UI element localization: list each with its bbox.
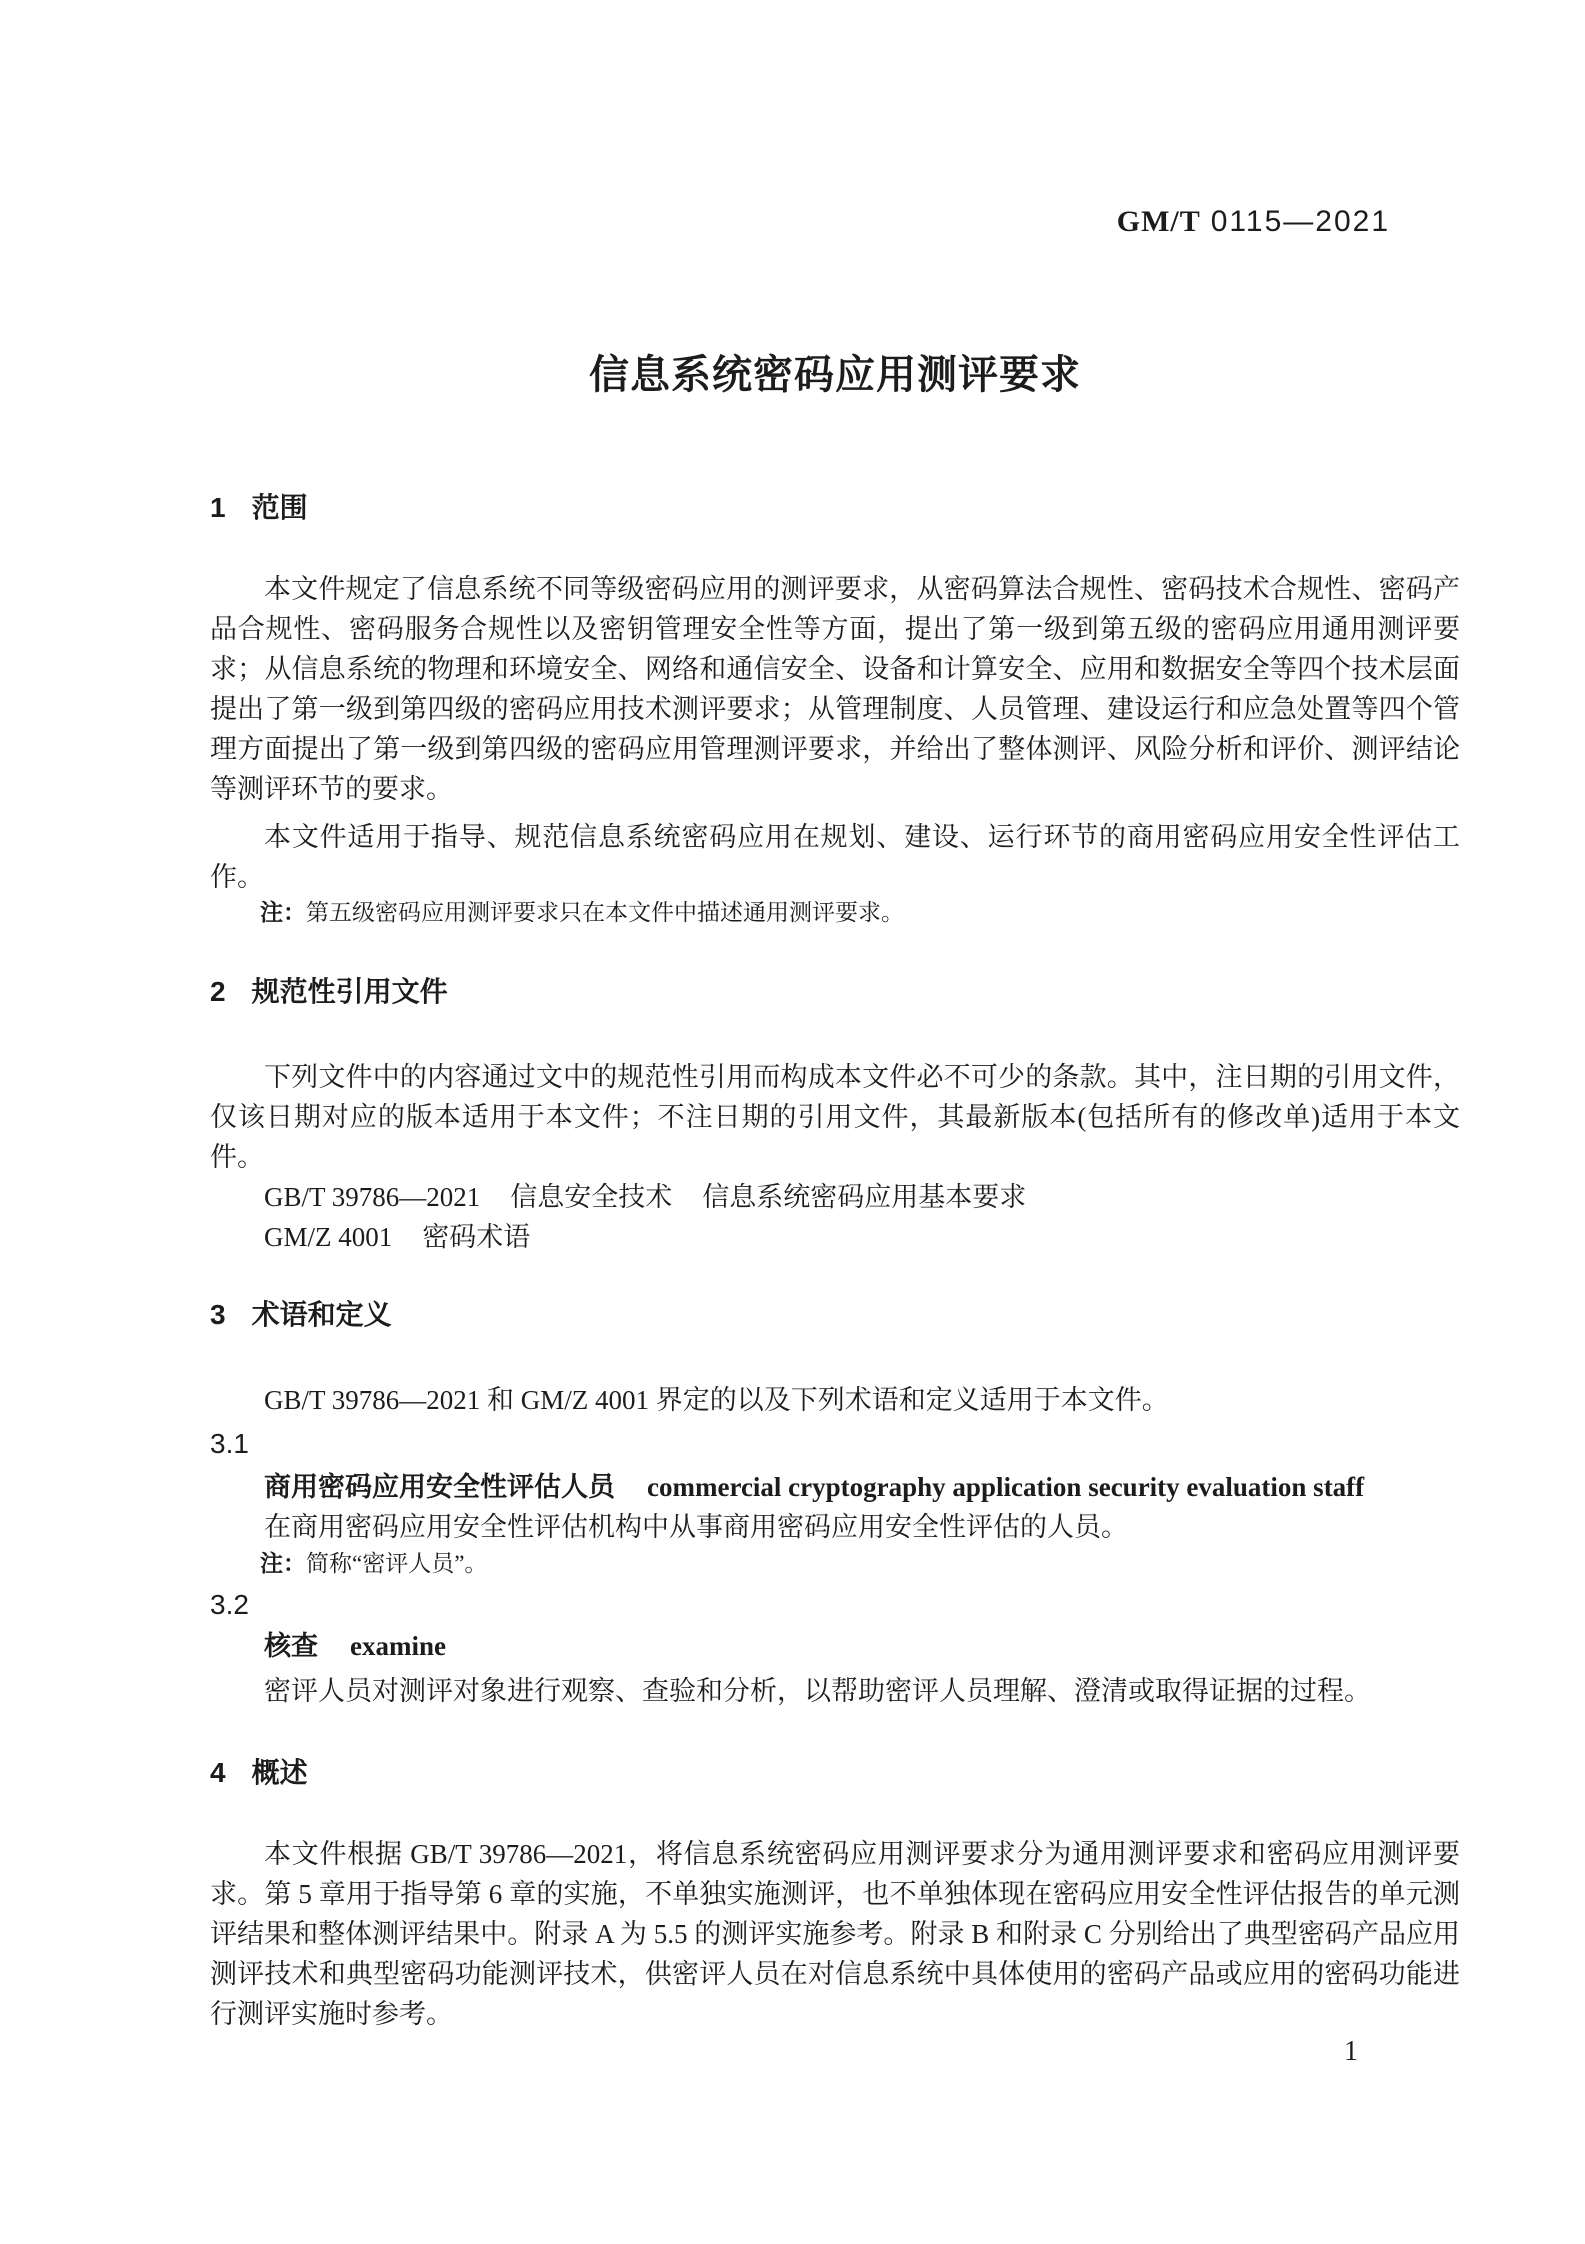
section-2-heading: 2规范性引用文件 [210,974,1460,1010]
document-page: GM/T0115—2021 信息系统密码应用测评要求 1范围 本文件规定了信息系… [0,0,1585,2244]
standard-code-number: 0115—2021 [1211,205,1390,238]
section-2-paragraph: 下列文件中的内容通过文中的规范性引用而构成本文件必不可少的条款。其中，注日期的引… [210,1057,1460,1177]
section-1-number: 1 [210,492,226,523]
standard-code: GM/T0115—2021 [1117,205,1390,239]
reference-entry: GM/Z 4001密码术语 [210,1217,1460,1257]
term-en: examine [350,1631,446,1661]
clause-3-2: 3.2 [210,1587,1460,1623]
reference-code: GB/T 39786—2021 [264,1182,480,1212]
term-note: 注：简称“密评人员”。 [260,1548,1460,1579]
page-number: 1 [1344,2036,1358,2068]
section-3-title: 术语和定义 [252,1299,392,1330]
section-2-number: 2 [210,976,226,1007]
section-3-number: 3 [210,1299,226,1330]
clause-3-1: 3.1 [210,1426,1460,1462]
section-1-paragraph-2: 本文件适用于指导、规范信息系统密码应用在规划、建设、运行环节的商用密码应用安全性… [210,817,1460,897]
term-definition: 密评人员对测评对象进行观察、查验和分析，以帮助密评人员理解、澄清或取得证据的过程… [210,1671,1460,1711]
section-1-paragraph-1: 本文件规定了信息系统不同等级密码应用的测评要求，从密码算法合规性、密码技术合规性… [210,569,1460,809]
section-1-title: 范围 [252,492,308,523]
section-4-paragraph: 本文件根据 GB/T 39786—2021，将信息系统密码应用测评要求分为通用测… [210,1834,1460,2034]
standard-code-prefix: GM/T [1117,205,1201,238]
document-title: 信息系统密码应用测评要求 [210,352,1460,398]
term-entry: 核查examine [210,1626,1460,1666]
note-text: 第五级密码应用测评要求只在本文件中描述通用测评要求。 [306,900,904,925]
reference-entry: GB/T 39786—2021信息安全技术信息系统密码应用基本要求 [210,1177,1460,1217]
term-definition: 在商用密码应用安全性评估机构中从事商用密码应用安全性评估的人员。 [210,1507,1460,1547]
reference-field: 信息安全技术 [510,1182,672,1212]
reference-title: 信息系统密码应用基本要求 [702,1182,1026,1212]
note-text: 简称“密评人员”。 [306,1551,487,1576]
term-zh: 核查 [264,1631,318,1661]
term-zh: 商用密码应用安全性评估人员 [264,1472,615,1502]
reference-code: GM/Z 4001 [264,1222,392,1252]
section-4-heading: 4概述 [210,1755,1460,1791]
term-en: commercial cryptography application secu… [647,1472,1364,1502]
section-3-intro: GB/T 39786—2021 和 GM/Z 4001 界定的以及下列术语和定义… [210,1380,1460,1420]
term-entry: 商用密码应用安全性评估人员commercial cryptography app… [210,1467,1460,1507]
section-4-number: 4 [210,1757,226,1788]
note-label: 注： [260,899,306,925]
section-1-note: 注：第五级密码应用测评要求只在本文件中描述通用测评要求。 [260,897,1460,928]
section-1-heading: 1范围 [210,490,1460,526]
note-label: 注： [260,1550,306,1576]
section-2-title: 规范性引用文件 [252,976,448,1007]
section-3-heading: 3术语和定义 [210,1297,1460,1333]
reference-title: 密码术语 [422,1222,530,1252]
page-content: 信息系统密码应用测评要求 1范围 本文件规定了信息系统不同等级密码应用的测评要求… [0,352,1585,2034]
section-4-title: 概述 [252,1757,308,1788]
